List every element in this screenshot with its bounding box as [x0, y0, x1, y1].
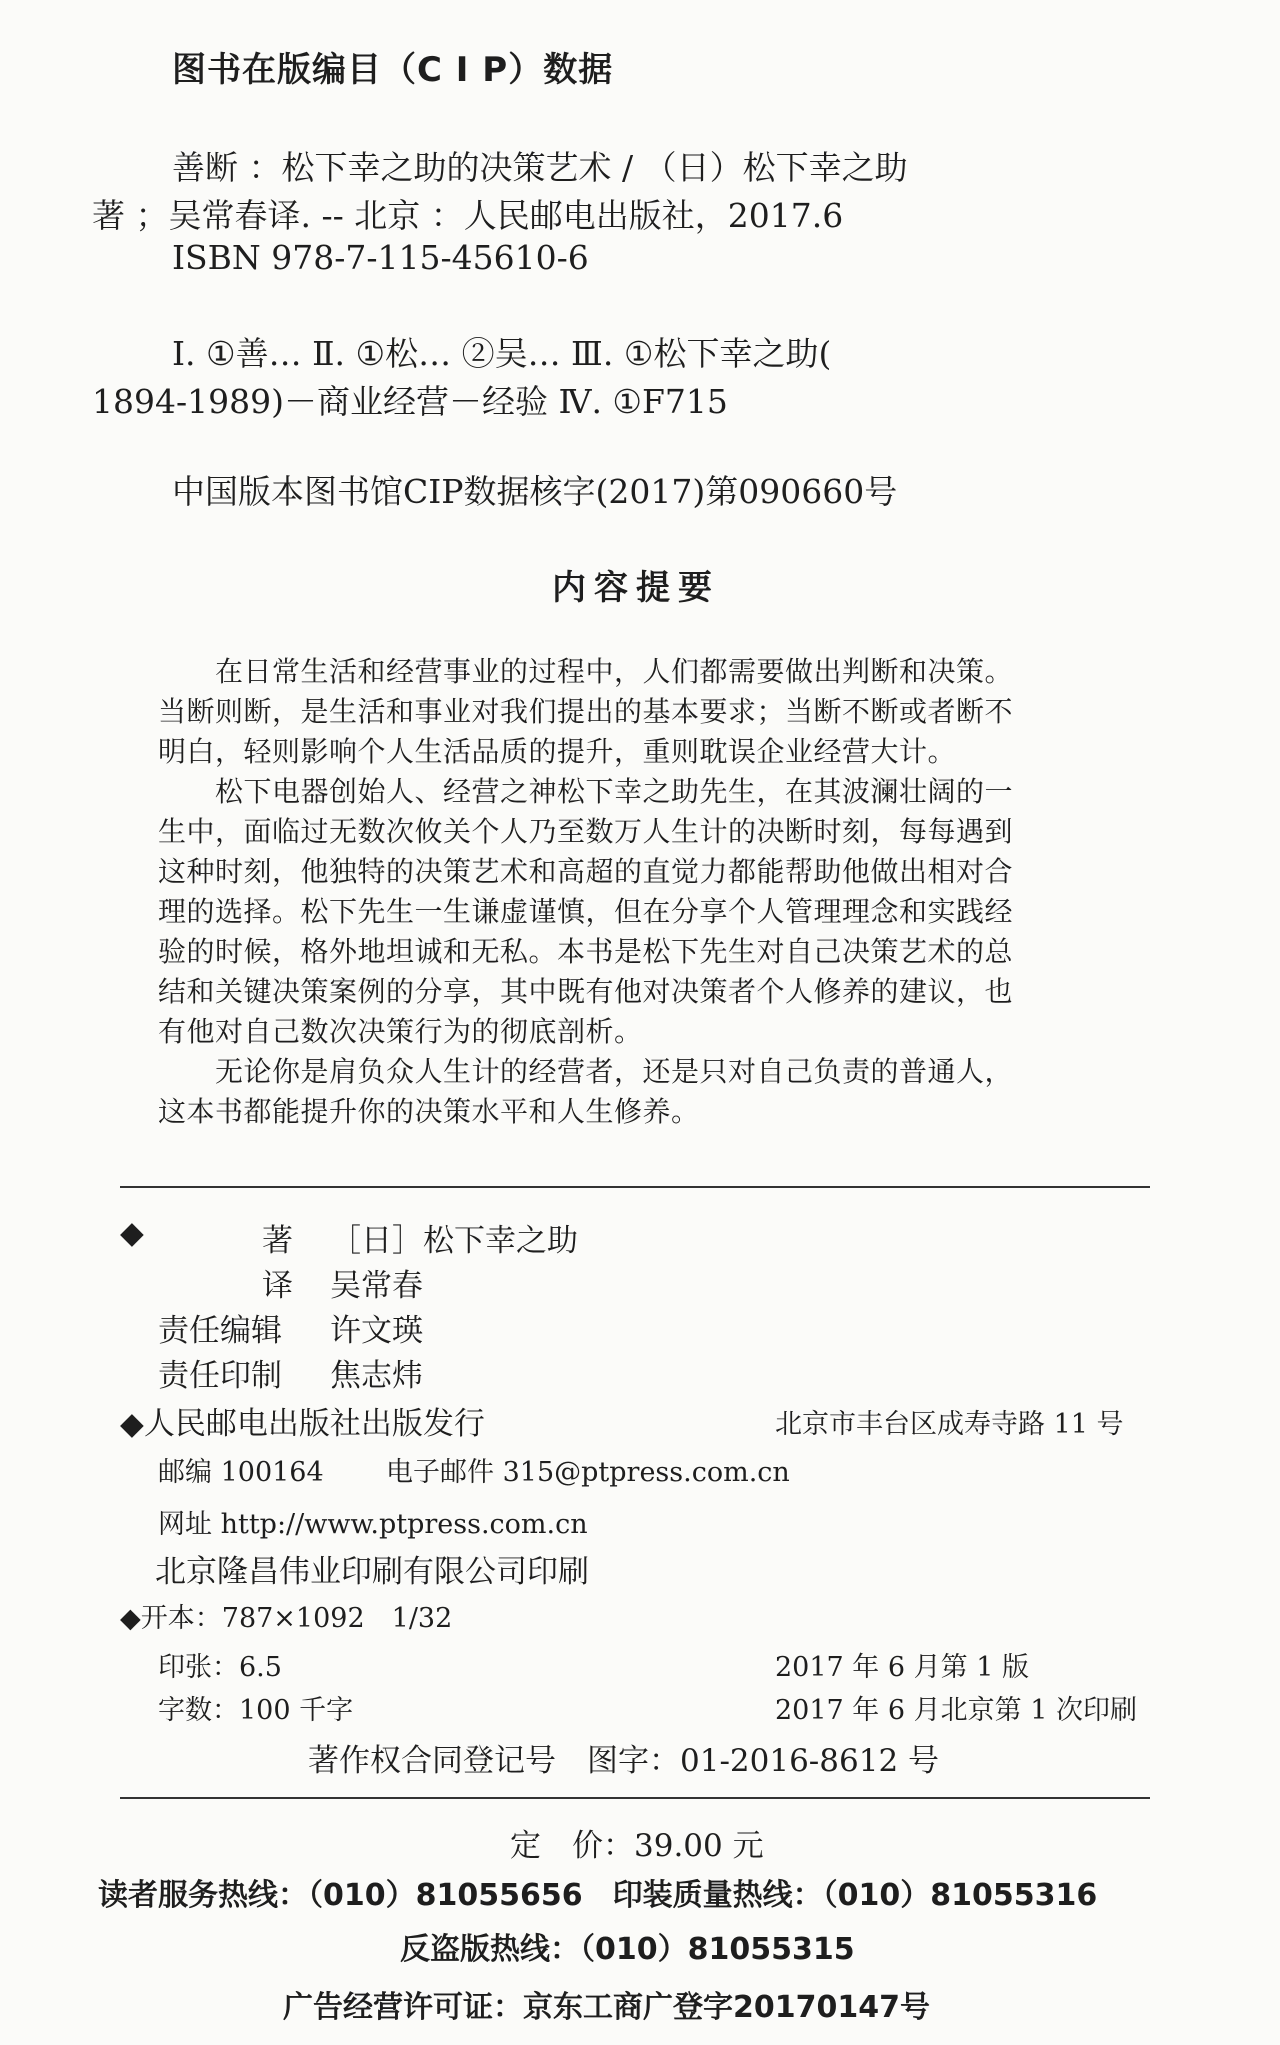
summary-line: 这本书都能提升你的决策水平和人生修养。 — [158, 1090, 700, 1130]
translator-role: 译 — [262, 1260, 293, 1305]
printing-role: 责任印制 — [158, 1350, 282, 1395]
divider-bottom — [120, 1797, 1150, 1799]
price: 定 价：39.00 元 — [510, 1820, 764, 1865]
postcode: 邮编 100164 — [158, 1450, 324, 1489]
ad-license: 广告经营许可证：京东工商广登字20170147号 — [283, 1982, 930, 2026]
publisher: ◆人民邮电出版社出版发行 — [120, 1398, 485, 1443]
summary-heading: 内容提要 — [552, 560, 720, 609]
summary-line: 明白，轻则影响个人生活品质的提升，重则耽误企业经营大计。 — [158, 730, 956, 770]
divider-top — [120, 1186, 1150, 1188]
cip-classification-1: Ⅰ. ①善… Ⅱ. ①松… ②吴… Ⅲ. ①松下幸之助( — [172, 328, 831, 375]
summary-line: 生中，面临过无数次攸关个人乃至数万人生计的决断时刻，每每遇到 — [158, 810, 1013, 850]
book-format: ◆开本：787×1092 1/32 — [120, 1596, 452, 1635]
impression-date: 2017 年 6 月北京第 1 次印刷 — [775, 1688, 1137, 1727]
website-link[interactable]: 网址 http://www.ptpress.com.cn — [158, 1502, 588, 1541]
summary-line: 结和关键决策案例的分享，其中既有他对决策者个人修养的建议，也 — [158, 970, 1013, 1010]
diamond-bullet-icon: ◆ — [120, 1215, 144, 1251]
editor-name: 许文瑛 — [330, 1305, 423, 1350]
author-name: ［日］松下幸之助 — [330, 1215, 578, 1260]
translator-name: 吴常春 — [330, 1260, 423, 1305]
cip-record-number: 中国版本图书馆CIP数据核字(2017)第090660号 — [172, 466, 897, 513]
summary-line: 在日常生活和经营事业的过程中，人们都需要做出判断和决策。 — [158, 650, 1013, 690]
print-sheets: 印张：6.5 — [158, 1645, 282, 1684]
summary-line: 理的选择。松下先生一生谦虚谨慎，但在分享个人管理理念和实践经 — [158, 890, 1013, 930]
edition-date: 2017 年 6 月第 1 版 — [775, 1645, 1029, 1684]
cip-classification-2: 1894-1989)－商业经营－经验 Ⅳ. ①F715 — [92, 376, 728, 423]
cip-line-2: 著 ；吴常春译. -- 北京 ：人民邮电出版社，2017.6 — [92, 190, 843, 237]
summary-line: 这种时刻，他独特的决策艺术和高超的直觉力都能帮助他做出相对合 — [158, 850, 1013, 890]
author-role: 著 — [262, 1215, 293, 1260]
cip-isbn: ISBN 978-7-115-45610-6 — [172, 238, 589, 277]
printing-name: 焦志炜 — [330, 1350, 423, 1395]
cip-line-1: 善断 ：松下幸之助的决策艺术 / （日）松下幸之助 — [172, 142, 908, 189]
anti-piracy-hotline: 反盗版热线：（010）81055315 — [400, 1924, 855, 1968]
summary-line: 松下电器创始人、经营之神松下幸之助先生，在其波澜壮阔的一 — [158, 770, 1013, 810]
email: 电子邮件 315@ptpress.com.cn — [386, 1450, 790, 1489]
summary-line: 当断则断，是生活和事业对我们提出的基本要求；当断不断或者断不 — [158, 690, 1013, 730]
copyright-registration: 著作权合同登记号 图字：01-2016-8612 号 — [308, 1735, 939, 1780]
publisher-address: 北京市丰台区成寿寺路 11 号 — [775, 1402, 1124, 1441]
word-count: 字数：100 千字 — [158, 1688, 353, 1727]
summary-line: 验的时候，格外地坦诚和无私。本书是松下先生对自己决策艺术的总 — [158, 930, 1013, 970]
editor-role: 责任编辑 — [158, 1305, 282, 1350]
printer: 北京隆昌伟业印刷有限公司印刷 — [155, 1546, 589, 1591]
summary-line: 无论你是肩负众人生计的经营者，还是只对自己负责的普通人， — [158, 1050, 1013, 1090]
cip-title: 图书在版编目（C I P）数据 — [172, 42, 613, 91]
summary-line: 有他对自己数次决策行为的彻底剖析。 — [158, 1010, 643, 1050]
hotlines: 读者服务热线：（010）81055656 印装质量热线：（010）8105531… — [98, 1870, 1097, 1914]
